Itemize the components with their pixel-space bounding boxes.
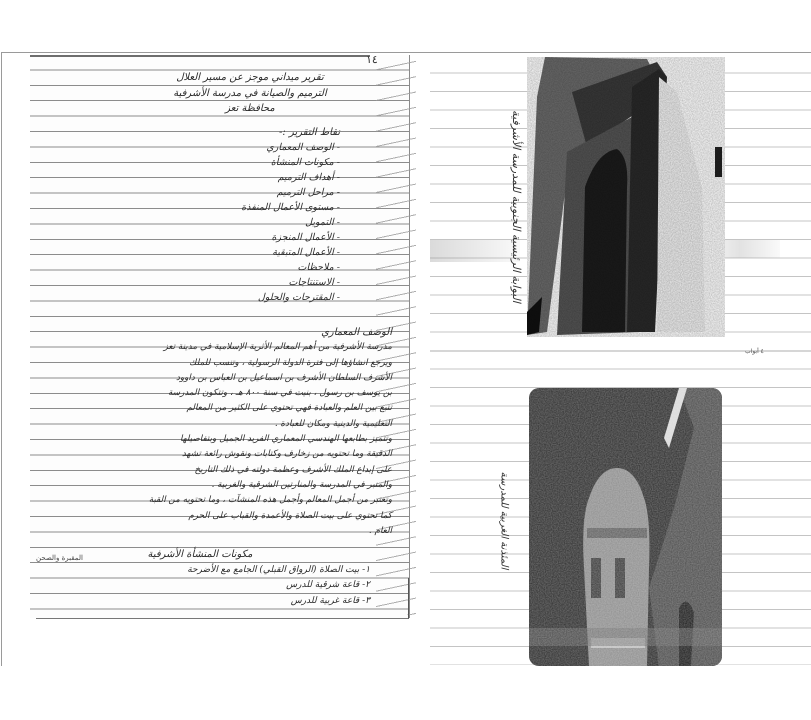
architectural-description: الوصف المعماري مدرسة الأشرفية من أهم الم… [40, 325, 392, 539]
photo-caption-minaret: المئذنة الغربية للمدرسة [498, 472, 509, 570]
description-line: وتتميز بطابعها الهندسي المعماري الفريد ا… [40, 432, 392, 447]
description-line: الدقيقة وما تحتويه من زخارف وكتابات ونقو… [40, 447, 392, 462]
contents-item: - المقترحات والحلول [200, 290, 340, 305]
contents-item: - الأعمال المتبقية [200, 245, 340, 260]
contents-item: - الاستنتاجات [200, 275, 340, 290]
description-line: الأشرف السلطان الأشرف بن اسماعيل بن العب… [40, 371, 392, 386]
contents-item: - أهداف الترميم [200, 170, 340, 185]
description-line: العام . [40, 524, 392, 539]
margin-note: المقبرة والصحن [36, 554, 83, 562]
report-title: تقرير ميداني موجز عن مسير العلال الترميم… [150, 70, 350, 117]
description-line: كما تحتوي على بيت الصلاة والأعمدة والقبا… [40, 509, 392, 524]
contents-item: - مكونات المنشأة [200, 155, 340, 170]
report-contents: نقاط التقرير :- - الوصف المعماري- مكونات… [200, 125, 340, 305]
minaret-image [529, 388, 722, 666]
contents-heading: نقاط التقرير :- [200, 125, 340, 140]
photo-entrance-portal [527, 57, 725, 337]
portal-image [527, 57, 725, 337]
description-line: ويرجع انشاؤها إلى فترة الدولة الرسولية ،… [40, 356, 392, 371]
components-bracket [36, 578, 409, 619]
contents-item: - مراحل الترميم [200, 185, 340, 200]
contents-item: - الأعمال المنجزة [200, 230, 340, 245]
components-heading: مكونات المنشأة الأشرفية [90, 547, 370, 563]
description-line: والمنبر في المدرسة والمنارتين الشرقية وا… [40, 478, 392, 493]
description-paragraph: مدرسة الأشرفية من أهم المعالم الأثرية ال… [40, 340, 392, 539]
contents-list: - الوصف المعماري- مكونات المنشأة- أهداف … [200, 140, 340, 305]
title-line: محافظة تعز [150, 101, 350, 117]
component-item: ١- بيت الصلاة (الرواق القبلي) الجامع مع … [90, 563, 370, 579]
description-heading: الوصف المعماري [40, 325, 392, 340]
description-line: مدرسة الأشرفية من أهم المعالم الأثرية ال… [40, 340, 392, 355]
description-line: وتعتبر من أجمل المعالم وأجمل هذه المنشآت… [40, 493, 392, 508]
description-line: بن يوسف بن رسول ، بنيت في سنة ٨٠٠ هـ ، و… [40, 386, 392, 401]
photo-minaret [529, 388, 722, 666]
title-line: تقرير ميداني موجز عن مسير العلال [150, 70, 350, 86]
contents-item: - ملاحظات [200, 260, 340, 275]
contents-item: - الوصف المعماري [200, 140, 340, 155]
title-line: الترميم والصيانة في مدرسة الأشرفية [150, 86, 350, 102]
page-top-edge [30, 55, 370, 57]
contents-item: - مستوى الأعمال المنفذة [200, 200, 340, 215]
scan-smudge [430, 240, 520, 262]
description-line: على إبداع الملك الأشرف وعظمة دولته في ذل… [40, 463, 392, 478]
photo-caption-portal: البوابة الرئيسية الجنوبية للمدرسة الأشرف… [510, 110, 523, 303]
description-line: تتبع بين العلم والعبادة فهي تحتوي على ال… [40, 401, 392, 416]
side-note: ٤ أبواب [745, 348, 764, 355]
contents-item: - التمويل [200, 215, 340, 230]
description-line: التعليمية والدينية ومكان للعبادة . [40, 417, 392, 432]
